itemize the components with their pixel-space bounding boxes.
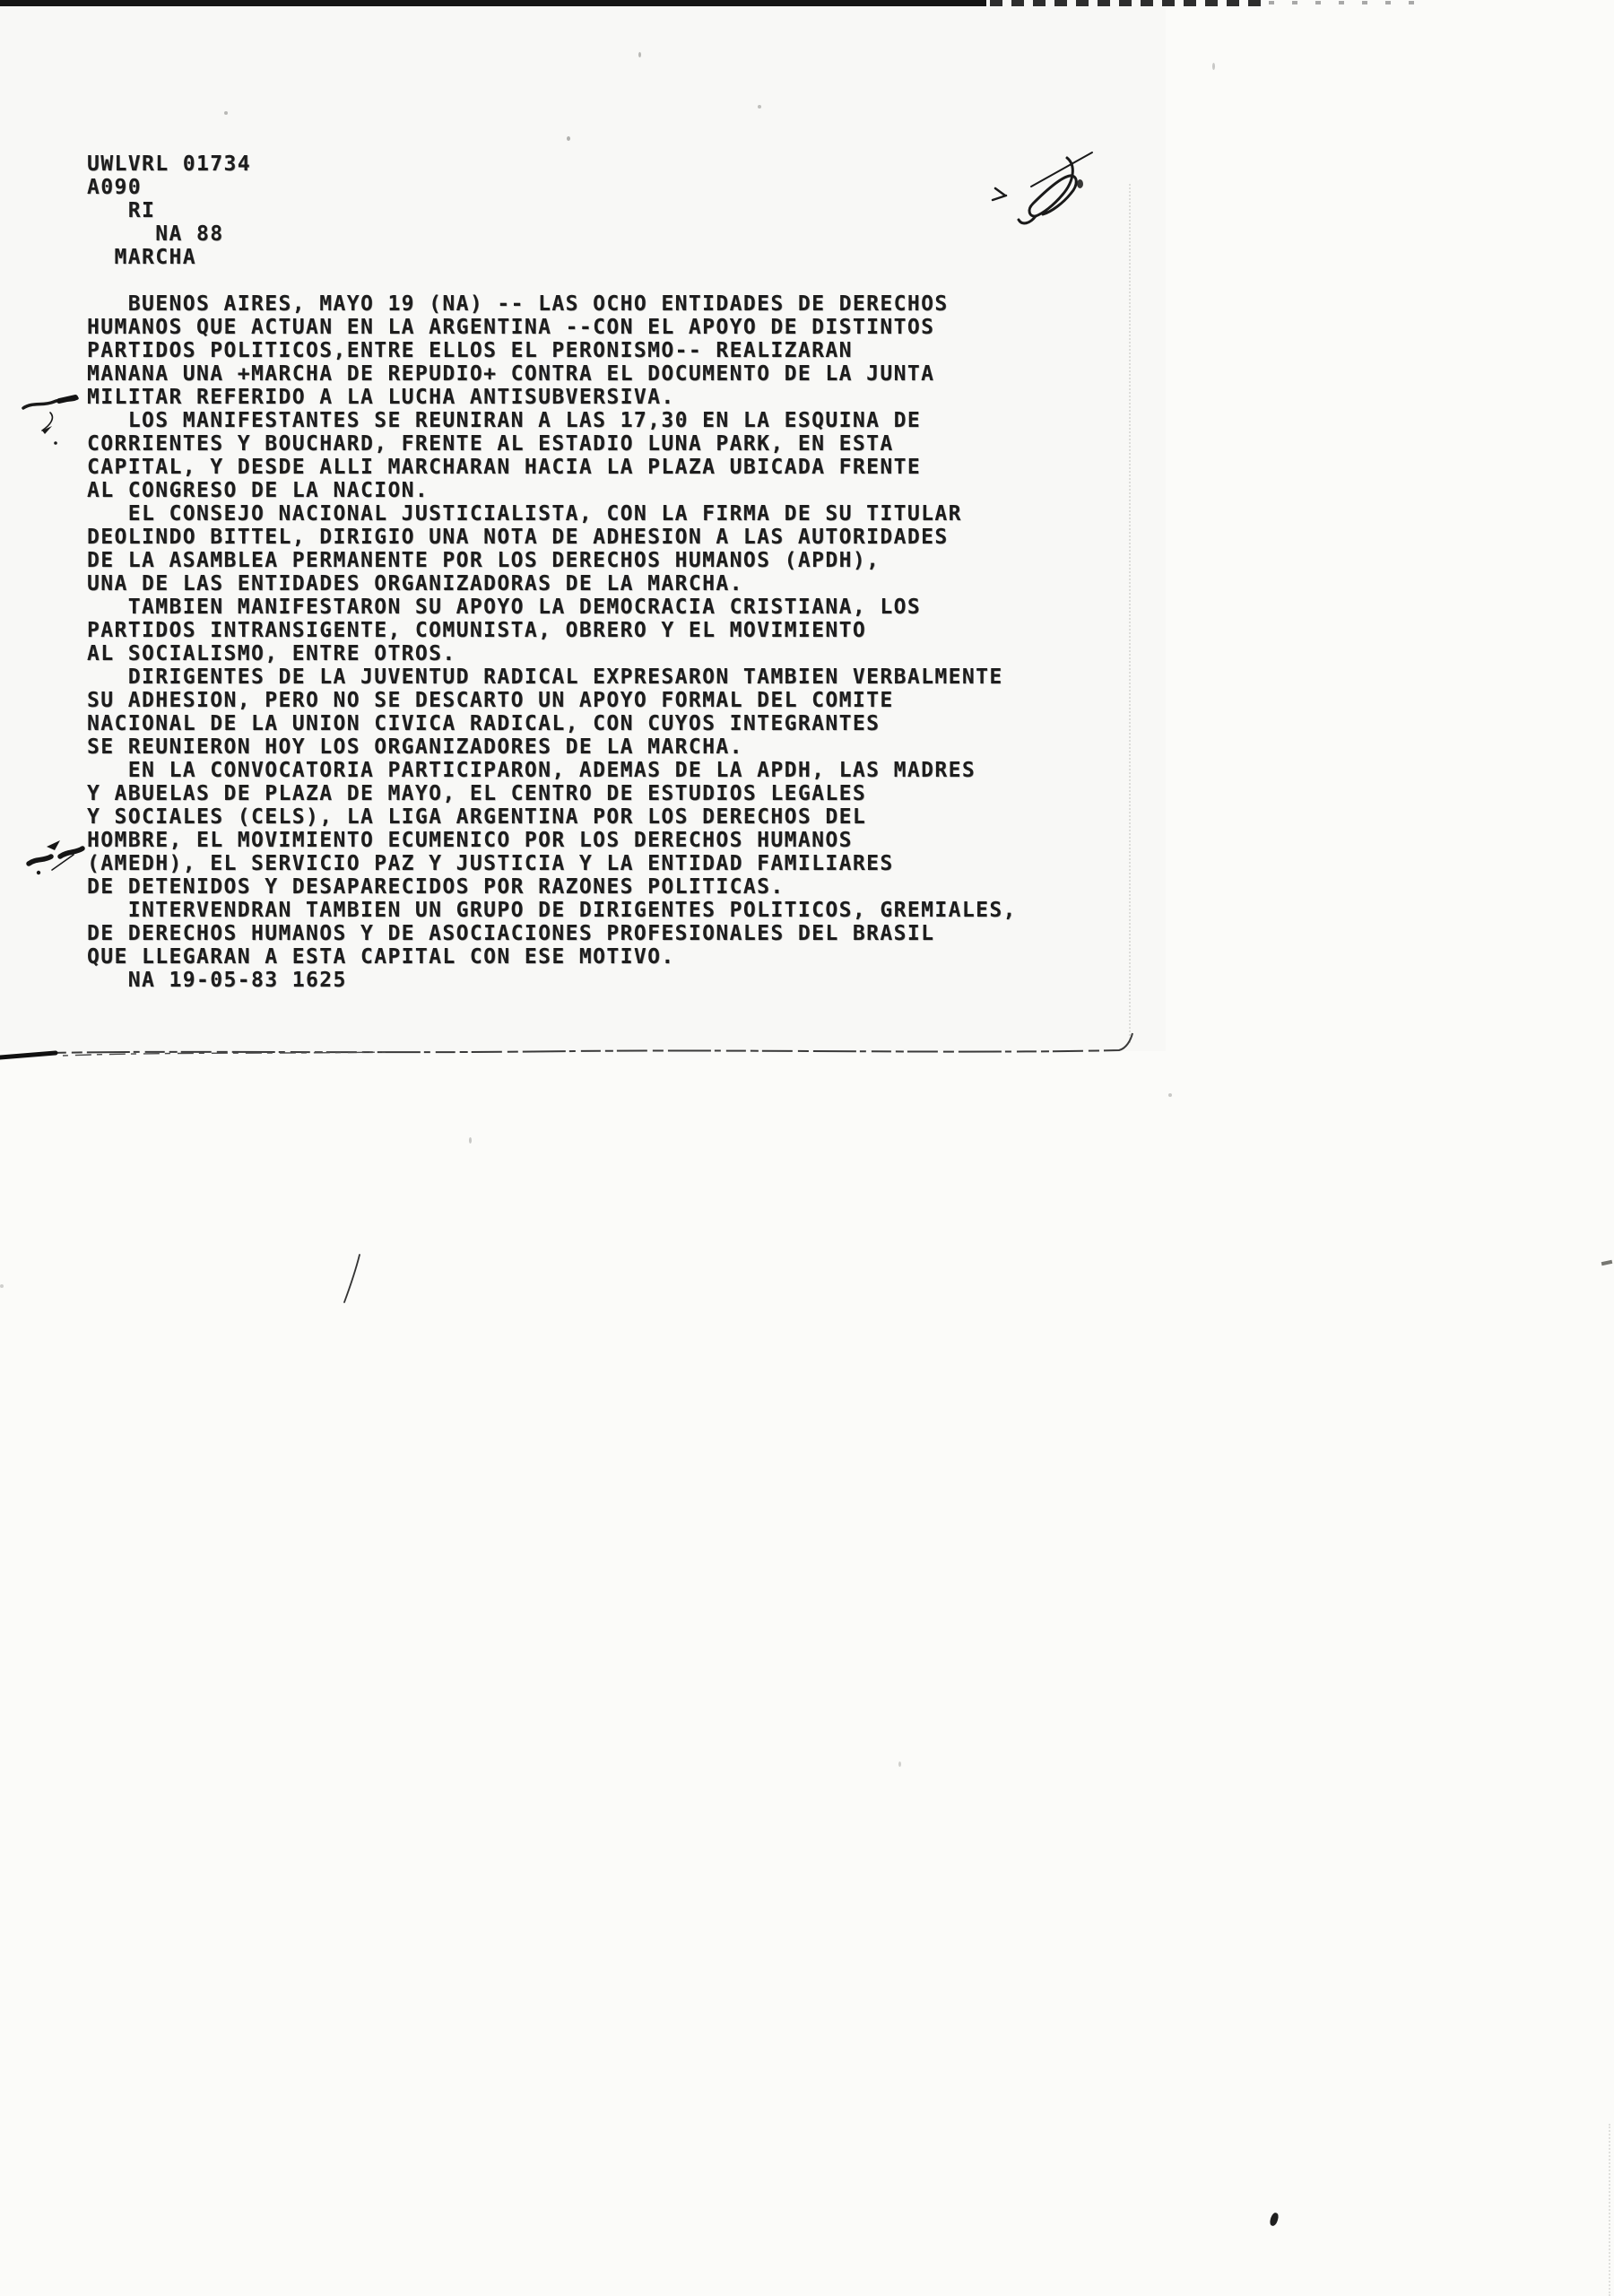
scan-speck xyxy=(567,136,570,141)
telex-line: CORRIENTES Y BOUCHARD, FRENTE AL ESTADIO… xyxy=(87,432,1017,456)
telex-line: CAPITAL, Y DESDE ALLI MARCHARAN HACIA LA… xyxy=(87,456,1017,479)
scan-speck xyxy=(1212,63,1215,70)
telex-line: AL CONGRESO DE LA NACION. xyxy=(87,479,1017,502)
telex-line: Y ABUELAS DE PLAZA DE MAYO, EL CENTRO DE… xyxy=(87,782,1017,805)
telex-line: QUE LLEGARAN A ESTA CAPITAL CON ESE MOTI… xyxy=(87,945,1017,969)
telex-line: DE DERECHOS HUMANOS Y DE ASOCIACIONES PR… xyxy=(87,922,1017,945)
telex-header-category-code: RI xyxy=(87,199,1017,222)
telex-text: UWLVRL 01734 A090 RI NA 88 MARCHA BUENOS… xyxy=(87,152,1017,992)
scan-top-edge xyxy=(0,0,1269,6)
telex-line: HUMANOS QUE ACTUAN EN LA ARGENTINA --CON… xyxy=(87,316,1017,339)
ink-speck xyxy=(1077,179,1083,188)
telex-line: MANANA UNA +MARCHA DE REPUDIO+ CONTRA EL… xyxy=(87,362,1017,386)
scan-speck xyxy=(224,111,228,115)
telex-line: PARTIDOS INTRANSIGENTE, COMUNISTA, OBRER… xyxy=(87,619,1017,642)
telex-line: SU ADHESION, PERO NO SE DESCARTO UN APOY… xyxy=(87,689,1017,712)
scan-speck xyxy=(0,1284,4,1288)
telex-line: (AMEDH), EL SERVICIO PAZ Y JUSTICIA Y LA… xyxy=(87,852,1017,875)
telex-line: UNA DE LAS ENTIDADES ORGANIZADORAS DE LA… xyxy=(87,572,1017,596)
handwritten-signature-mark xyxy=(977,139,1130,233)
telex-line: HOMBRE, EL MOVIMIENTO ECUMENICO POR LOS … xyxy=(87,829,1017,852)
telex-line: DE LA ASAMBLEA PERMANENTE POR LOS DERECH… xyxy=(87,549,1017,572)
telex-line: BUENOS AIRES, MAYO 19 (NA) -- LAS OCHO E… xyxy=(87,292,1017,316)
edge-dash-mark xyxy=(1601,1260,1613,1265)
telex-line: EN LA CONVOCATORIA PARTICIPARON, ADEMAS … xyxy=(87,759,1017,782)
telex-header-slug: MARCHA xyxy=(87,246,1017,269)
scan-speck xyxy=(898,1761,901,1767)
scan-right-edge xyxy=(1609,2124,1610,2296)
telex-header-wire-number: NA 88 xyxy=(87,222,1017,246)
telex-line: SE REUNIERON HOY LOS ORGANIZADORES DE LA… xyxy=(87,735,1017,759)
telex-line: DEOLINDO BITTEL, DIRIGIO UNA NOTA DE ADH… xyxy=(87,526,1017,549)
telex-line: EL CONSEJO NACIONAL JUSTICIALISTA, CON L… xyxy=(87,502,1017,526)
pen-slash-mark xyxy=(339,1251,366,1307)
telex-header-terminal-code: UWLVRL 01734 xyxy=(87,152,1017,176)
telex-line: DE DETENIDOS Y DESAPARECIDOS POR RAZONES… xyxy=(87,875,1017,899)
scan-speck xyxy=(1168,1093,1172,1097)
scan-top-edge-ticks xyxy=(1269,1,1430,4)
telex-line: LOS MANIFESTANTES SE REUNIRAN A LAS 17,3… xyxy=(87,409,1017,432)
ink-blob-bottom-right xyxy=(1269,2212,1280,2227)
telex-line: AL SOCIALISMO, ENTRE OTROS. xyxy=(87,642,1017,665)
telex-line: TAMBIEN MANIFESTARON SU APOYO LA DEMOCRA… xyxy=(87,596,1017,619)
photocopy-right-edge xyxy=(1129,184,1131,1043)
margin-squiggle-upper xyxy=(18,386,94,453)
scan-speck xyxy=(758,105,761,109)
telex-line: NACIONAL DE LA UNION CIVICA RADICAL, CON… xyxy=(87,712,1017,735)
telex-blank-line xyxy=(87,269,1017,292)
scan-speck xyxy=(638,52,641,57)
margin-squiggle-lower xyxy=(20,832,96,891)
scanned-telex-page: UWLVRL 01734 A090 RI NA 88 MARCHA BUENOS… xyxy=(0,0,1614,2296)
scan-speck xyxy=(469,1137,472,1144)
telex-line: Y SOCIALES (CELS), LA LIGA ARGENTINA POR… xyxy=(87,805,1017,829)
telex-line: PARTIDOS POLITICOS,ENTRE ELLOS EL PERONI… xyxy=(87,339,1017,362)
telex-line: MILITAR REFERIDO A LA LUCHA ANTISUBVERSI… xyxy=(87,386,1017,409)
telex-line: INTERVENDRAN TAMBIEN UN GRUPO DE DIRIGEN… xyxy=(87,899,1017,922)
telex-sign-off: NA 19-05-83 1625 xyxy=(87,969,1017,992)
photocopy-bottom-edge xyxy=(0,1031,1166,1076)
telex-line: DIRIGENTES DE LA JUVENTUD RADICAL EXPRES… xyxy=(87,665,1017,689)
telex-header-item-code: A090 xyxy=(87,176,1017,199)
